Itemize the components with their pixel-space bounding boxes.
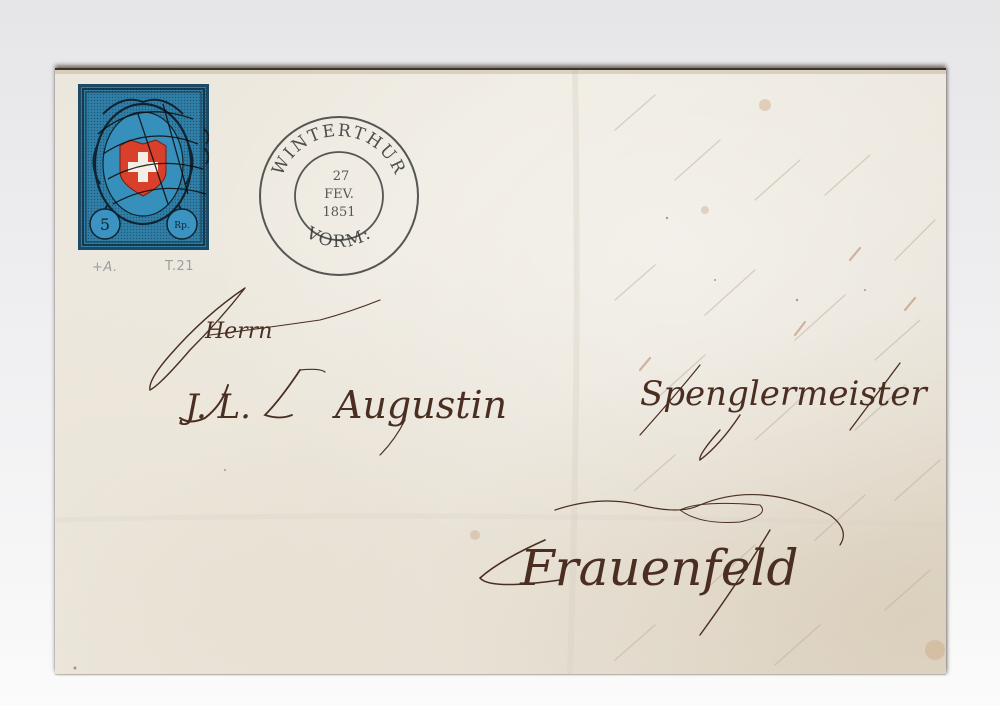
scan-background: 5 Rp. +A. T.21	[0, 0, 1000, 706]
postmark-month: FEV.	[324, 187, 354, 202]
pencil-note-left: +A.	[92, 260, 118, 275]
svg-text:VORM:: VORM:	[302, 223, 376, 252]
postmark-year: 1851	[322, 205, 355, 220]
postage-stamp: 5 Rp.	[78, 84, 209, 250]
address-full-line: J. L. Augustin Spenglermeister	[0, 0, 1, 1]
postmark: WINTERTHUR VORM: 27 FEV. 1851	[257, 114, 421, 278]
postmark-day: 27	[333, 169, 350, 184]
stamp-denomination: 5	[100, 215, 110, 234]
postmark-time: VORM:	[302, 223, 376, 252]
pencil-note-right: T.21	[165, 259, 194, 274]
stamp-currency: Rp.	[174, 221, 190, 231]
stamp-artwork: 5 Rp.	[78, 84, 209, 250]
postmark-stamp: WINTERTHUR VORM: 27 FEV. 1851	[257, 114, 421, 278]
